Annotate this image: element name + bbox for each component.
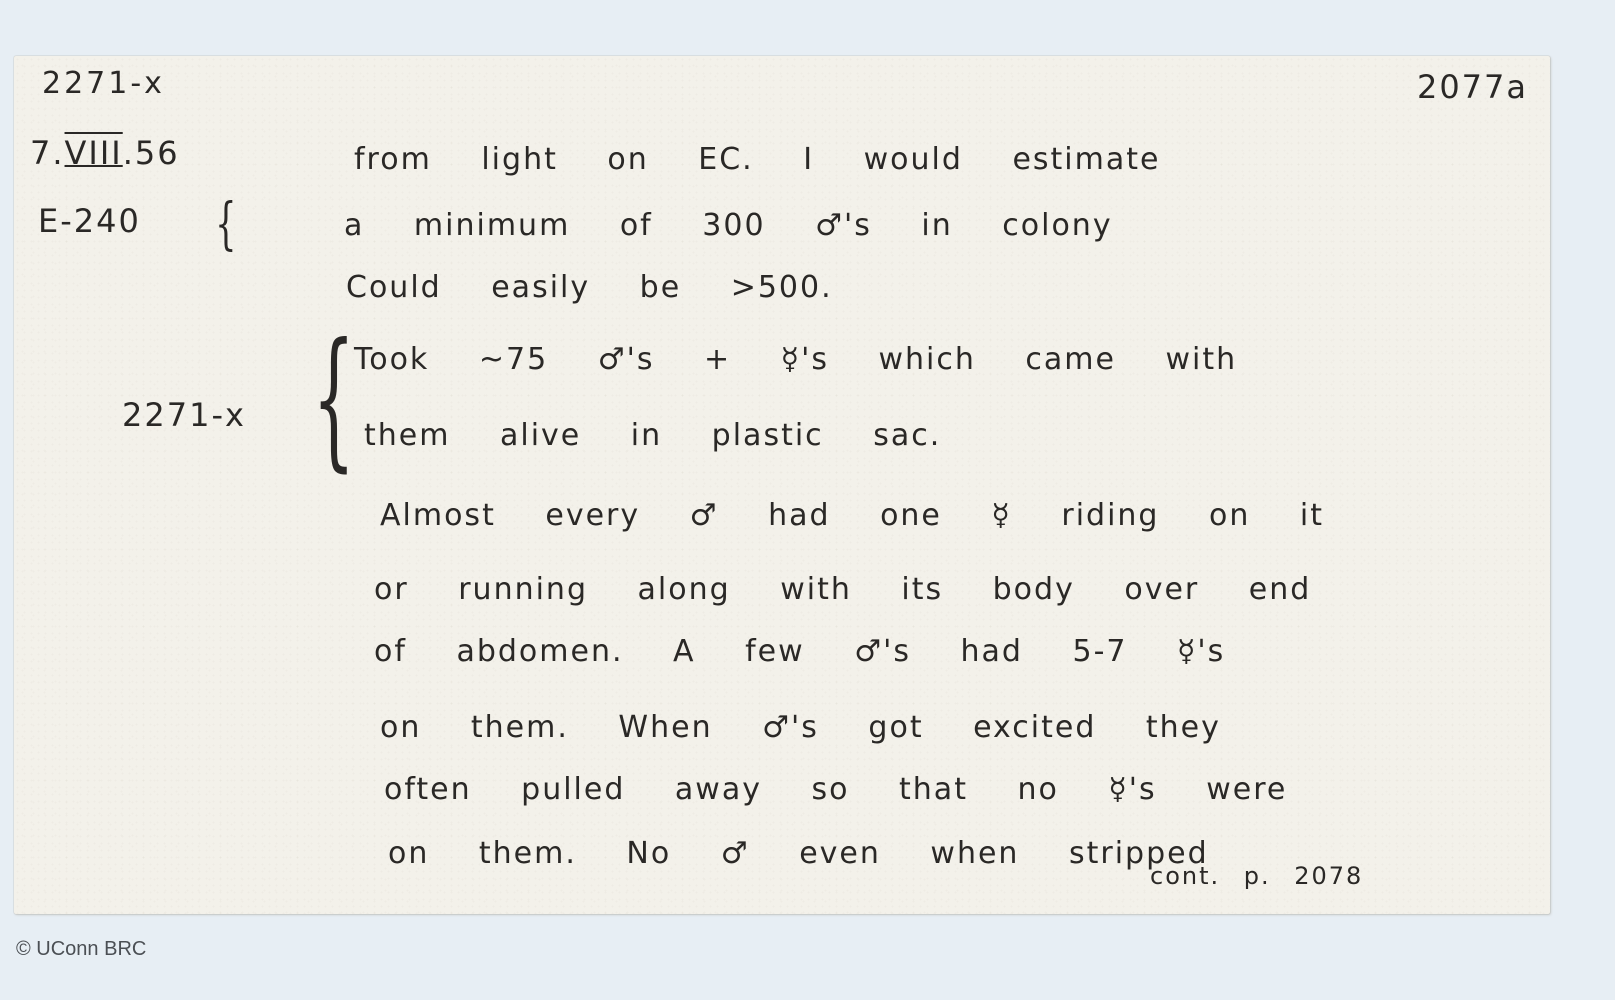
date-day: 7. (30, 134, 65, 172)
brace-mark-large: { (312, 324, 355, 474)
brace-mark: { (215, 192, 236, 257)
note-line: them alive in plastic sac. (364, 418, 941, 453)
copyright-credit: © UConn BRC (16, 938, 146, 961)
note-line: Could easily be >500. (346, 270, 833, 305)
index-card: 2271-x 2077a 7.VIII.56 E-240 { 2271-x { … (14, 56, 1550, 914)
note-line: Took ~75 ♂'s + ☿'s which came with (354, 342, 1237, 377)
note-line: from light on EC. I would estimate (354, 142, 1160, 177)
note-line: on them. No ♂ even when stripped (388, 836, 1209, 871)
note-line: often pulled away so that no ☿'s were (384, 772, 1287, 807)
collection-date: 7.VIII.56 (30, 134, 180, 172)
scan-viewer: 2271-x 2077a 7.VIII.56 E-240 { 2271-x { … (0, 0, 1615, 1000)
note-line: Almost every ♂ had one ☿ riding on it (380, 498, 1324, 533)
note-line: or running along with its body over end (374, 572, 1311, 607)
continuation-note: cont. p. 2078 (1150, 862, 1363, 890)
station-code: E-240 (38, 202, 141, 240)
note-line: a minimum of 300 ♂'s in colony (344, 208, 1113, 243)
note-line: of abdomen. A few ♂'s had 5-7 ☿'s (374, 634, 1225, 669)
specimen-id-margin: 2271-x (122, 396, 246, 434)
specimen-id-top-left: 2271-x (42, 66, 165, 101)
page-number: 2077a (1417, 68, 1528, 106)
note-line: on them. When ♂'s got excited they (380, 710, 1221, 745)
date-year: .56 (123, 134, 180, 172)
date-month: VIII (65, 134, 123, 172)
